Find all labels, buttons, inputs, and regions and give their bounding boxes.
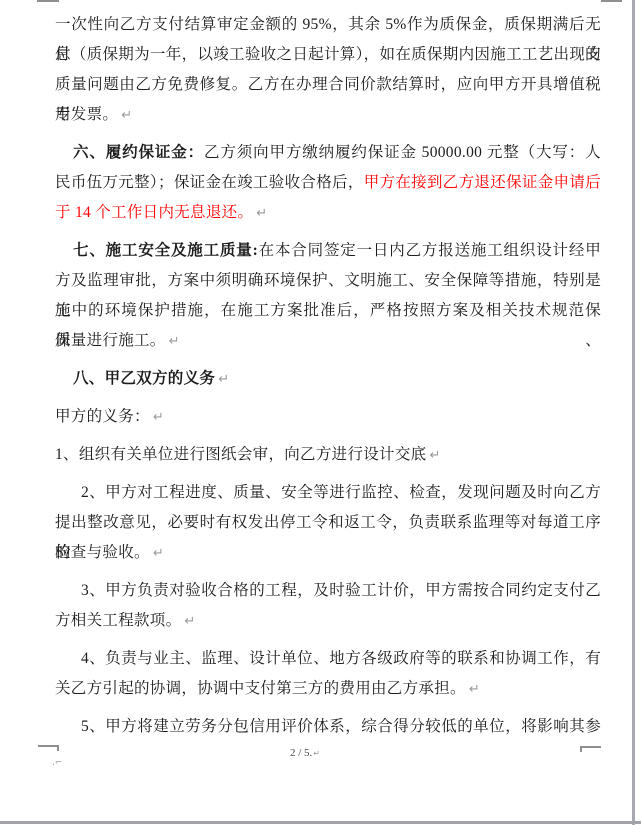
page-number: 2 / 5.	[290, 747, 312, 759]
document-line[interactable]: 5、甲方将建立劳务分包信用评价体系，综合得分较低的单位，将影响其参	[55, 712, 601, 742]
document-line[interactable]: 方相关工程款项。↵	[55, 606, 601, 636]
text-run: 用发票。	[55, 106, 118, 123]
text-run: 民币伍万元整）；保证金在竣工验收合格后，	[55, 174, 364, 191]
text-run: 在本合同签定一日内乙方报送施工组织设计经甲	[258, 242, 601, 259]
text-run-red: 甲方在接到乙方退还保证金申请后	[364, 174, 601, 191]
paragraph-mark-icon: ↵	[118, 108, 132, 123]
document-text-area[interactable]: 一次性向乙方支付结算审定金额的 95%，其余 5%作为质保金，质保期满后无息支付…	[55, 10, 601, 742]
paragraph-mark-icon: ↵	[181, 614, 195, 629]
paragraph-mark-icon: ↵	[253, 206, 267, 221]
text-run: 4、负责与业主、监理、设计单位、地方各级政府等的联系和协调工作，有	[81, 650, 601, 667]
text-run: 5、甲方将建立劳务分包信用评价体系，综合得分较低的单位，将影响其参	[81, 718, 601, 735]
text-boundary-mark-top-left	[37, 0, 59, 2]
document-page[interactable]: 一次性向乙方支付结算审定金额的 95%，其余 5%作为质保金，质保期满后无息支付…	[0, 0, 641, 825]
page-bottom-edge	[0, 821, 641, 824]
document-line[interactable]: 3、甲方负责对验收合格的工程，及时验工计价，甲方需按合同约定支付乙	[55, 576, 601, 606]
text-run: 保量进行施工。	[55, 332, 166, 349]
text-boundary-mark-top-right	[601, 0, 622, 2]
document-line[interactable]: 质量问题由乙方免费修复。乙方在办理合同价款结算时，应向甲方开具增值税专	[55, 70, 601, 100]
document-line[interactable]: 关乙方引起的协调，协调中支付第三方的费用由乙方承担。↵	[55, 674, 601, 704]
text-run-bold: 八、甲乙双方的义务	[73, 370, 215, 387]
text-run-bold: 七、施工安全及施工质量:	[73, 242, 258, 259]
document-line[interactable]: 一次性向乙方支付结算审定金额的 95%，其余 5%作为质保金，质保期满后无息支	[55, 10, 601, 40]
paragraph-mark-icon: ↵	[166, 334, 180, 349]
document-line[interactable]: 于 14 个工作日内无息退还。↵	[55, 198, 601, 228]
paragraph-mark-icon: ↵	[466, 682, 480, 697]
document-line[interactable]: 甲方的义务：↵	[55, 402, 601, 432]
text-run: 3、甲方负责对验收合格的工程，及时验工计价，甲方需按合同约定支付乙	[81, 582, 601, 599]
page-footer: 2 / 5.↵	[0, 747, 610, 759]
page-right-edge	[632, 0, 635, 825]
text-run-red: 于 14 个工作日内无息退还。	[55, 204, 253, 221]
document-line[interactable]: 民币伍万元整）；保证金在竣工验收合格后，甲方在接到乙方退还保证金申请后	[55, 168, 601, 198]
text-run: 付（质保期为一年，以竣工验收之日起计算），如在质保期内因施工工艺出现的	[55, 46, 601, 63]
text-run-bold: 六、履约保证金：	[73, 144, 204, 161]
paragraph-mark-icon: ↵	[215, 372, 229, 387]
document-line[interactable]: 八、甲乙双方的义务↵	[55, 364, 601, 394]
text-run: 2、甲方对工程进度、质量、安全等进行监控、检查，发现问题及时向乙方	[81, 484, 601, 501]
document-line[interactable]: 方及监理审批，方案中须明确环境保护、文明施工、安全保障等措施，特别是施	[55, 266, 601, 296]
text-run: 检查与验收。	[55, 544, 150, 561]
document-line[interactable]: 2、甲方对工程进度、质量、安全等进行监控、检查，发现问题及时向乙方	[55, 478, 601, 508]
document-line[interactable]: 检查与验收。↵	[55, 538, 601, 568]
text-run: 甲方的义务：	[55, 408, 150, 425]
paragraph-mark-icon: ↵	[150, 546, 164, 561]
text-run: 1、组织有关单位进行图纸会审，向乙方进行设计交底	[55, 446, 426, 463]
document-line[interactable]: 提出整改意见，必要时有权发出停工令和返工令，负责联系监理等对每道工序的	[55, 508, 601, 538]
document-line[interactable]: 七、施工安全及施工质量:在本合同签定一日内乙方报送施工组织设计经甲	[55, 236, 601, 266]
document-line[interactable]: 六、履约保证金：乙方须向甲方缴纳履约保证金 50000.00 元整（大写：人	[55, 138, 601, 168]
paragraph-mark-icon: ↵	[426, 448, 440, 463]
paragraph-mark-icon: ↵	[150, 410, 164, 425]
footer-paragraph-mark: ↵	[312, 749, 320, 758]
document-line[interactable]: 工中的环境保护措施，在施工方案批准后，严格按照方案及相关技术规范保质、	[55, 296, 601, 326]
text-run: 乙方须向甲方缴纳履约保证金 50000.00 元整（大写：人	[204, 144, 601, 161]
footer-boundary-mark: .⌐	[52, 758, 62, 768]
document-line[interactable]: 4、负责与业主、监理、设计单位、地方各级政府等的联系和协调工作，有	[55, 644, 601, 674]
document-line[interactable]: 付（质保期为一年，以竣工验收之日起计算），如在质保期内因施工工艺出现的	[55, 40, 601, 70]
document-line[interactable]: 用发票。↵	[55, 100, 601, 130]
text-run: 方相关工程款项。	[55, 612, 181, 629]
document-line[interactable]: 1、组织有关单位进行图纸会审，向乙方进行设计交底↵	[55, 440, 601, 470]
text-run: 关乙方引起的协调，协调中支付第三方的费用由乙方承担。	[55, 680, 466, 697]
